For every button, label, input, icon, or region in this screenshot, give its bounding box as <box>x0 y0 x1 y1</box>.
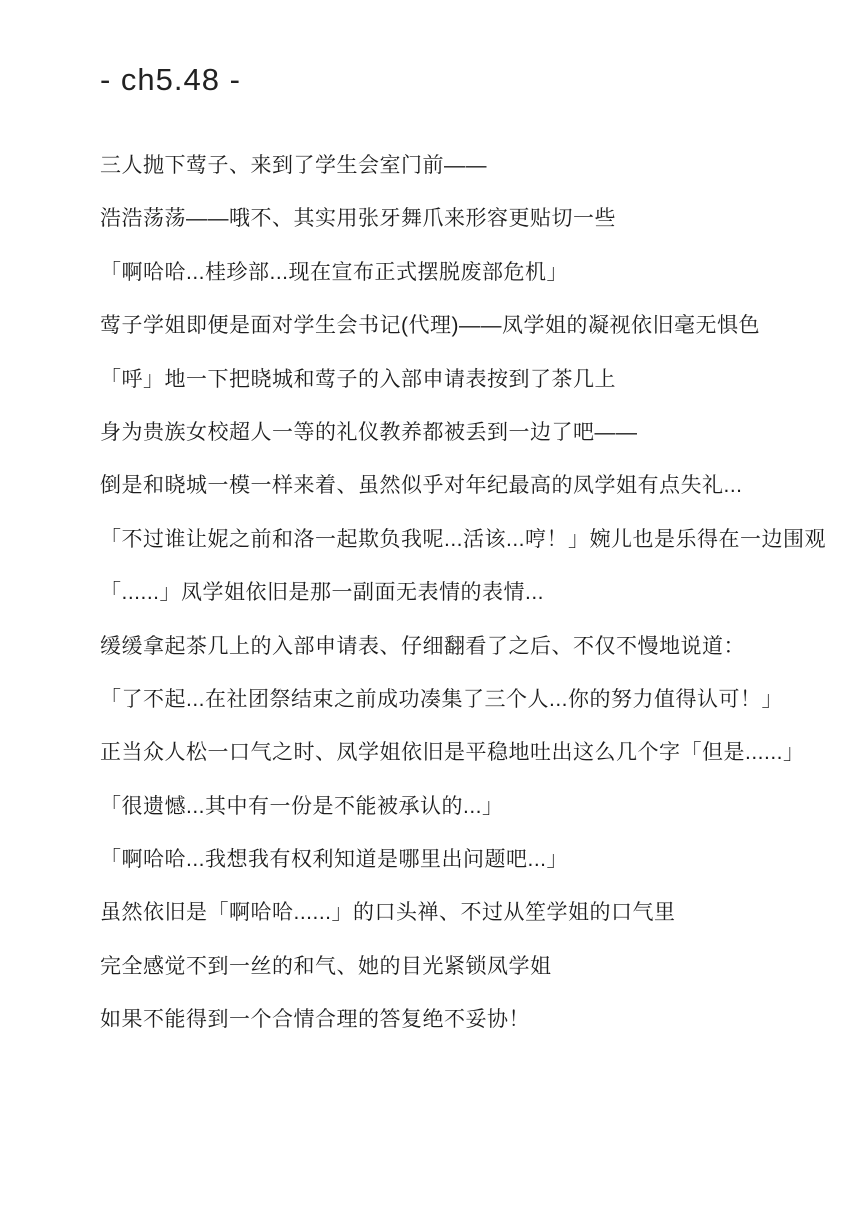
text-line: 浩浩荡荡——哦不、其实用张牙舞爪来形容更贴切一些 <box>100 192 828 245</box>
text-line: 「呼」地一下把晓城和莺子的入部申请表按到了茶几上 <box>100 353 828 406</box>
text-line: 虽然依旧是「啊哈哈......」的口头禅、不过从笙学姐的口气里 <box>100 886 828 939</box>
text-line: 倒是和晓城一模一样来着、虽然似乎对年纪最高的凤学姐有点失礼... <box>100 459 828 512</box>
text-line: 正当众人松一口气之时、凤学姐依旧是平稳地吐出这么几个字「但是......」 <box>100 726 828 779</box>
text-line: 三人抛下莺子、来到了学生会室门前—— <box>100 139 828 192</box>
text-line: 「很遗憾...其中有一份是不能被承认的...」 <box>100 780 828 833</box>
chapter-body: 三人抛下莺子、来到了学生会室门前—— 浩浩荡荡——哦不、其实用张牙舞爪来形容更贴… <box>100 139 828 1047</box>
document-page: - ch5.48 - 三人抛下莺子、来到了学生会室门前—— 浩浩荡荡——哦不、其… <box>0 0 868 1227</box>
text-line: 缓缓拿起茶几上的入部申请表、仔细翻看了之后、不仅不慢地说道： <box>100 620 828 673</box>
text-line: 「啊哈哈...我想我有权利知道是哪里出问题吧...」 <box>100 833 828 886</box>
text-line: 「啊哈哈...桂珍部...现在宣布正式摆脱废部危机」 <box>100 246 828 299</box>
text-line: 身为贵族女校超人一等的礼仪教养都被丢到一边了吧—— <box>100 406 828 459</box>
chapter-title: - ch5.48 - <box>100 62 241 98</box>
text-line: 如果不能得到一个合情合理的答复绝不妥协！ <box>100 993 828 1046</box>
text-line: 「......」凤学姐依旧是那一副面无表情的表情... <box>100 566 828 619</box>
text-line: 完全感觉不到一丝的和气、她的目光紧锁凤学姐 <box>100 940 828 993</box>
text-line: 莺子学姐即便是面对学生会书记(代理)——凤学姐的凝视依旧毫无惧色 <box>100 299 828 352</box>
text-line: 「不过谁让妮之前和洛一起欺负我呢...活该...哼！」婉儿也是乐得在一边围观 <box>100 513 828 566</box>
text-line: 「了不起...在社团祭结束之前成功凑集了三个人...你的努力值得认可！」 <box>100 673 828 726</box>
